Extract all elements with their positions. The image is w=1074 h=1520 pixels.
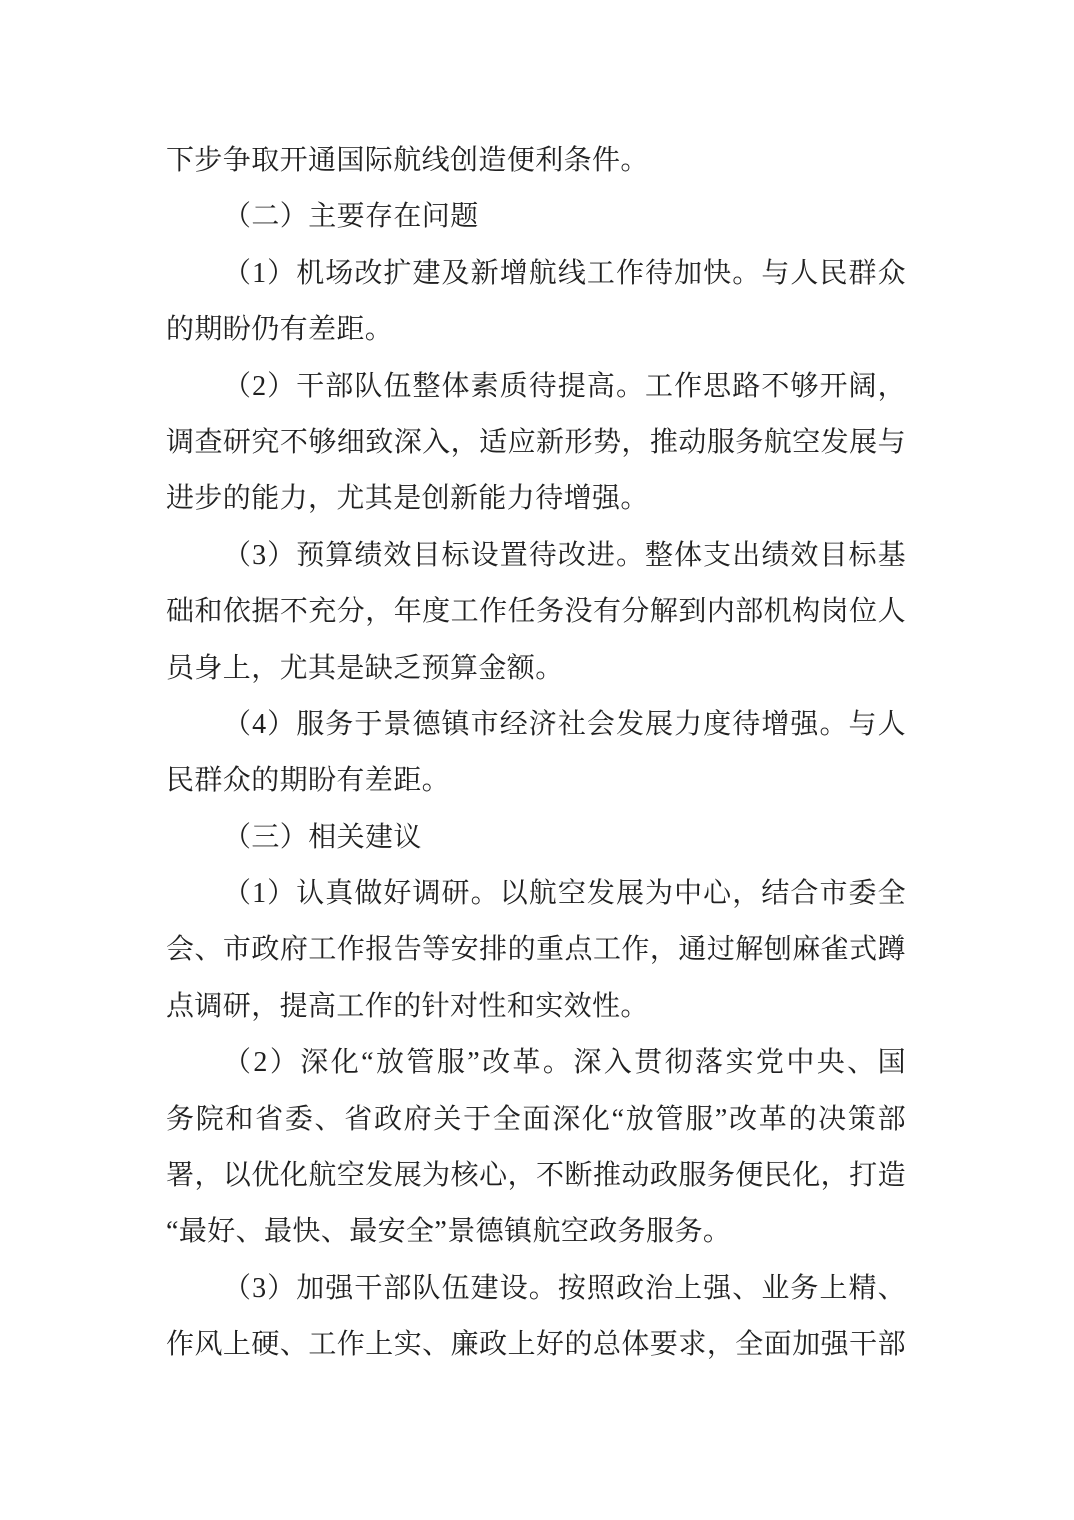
document-page: 下步争取开通国际航线创造便利条件。 （二）主要存在问题 （1）机场改扩建及新增航…	[0, 0, 1074, 1520]
text-line: （4）服务于景德镇市经济社会发展力度待增强。与人	[166, 697, 906, 753]
text-line: 员身上，尤其是缺乏预算金额。	[166, 641, 906, 697]
text-line: 务院和省委、省政府关于全面深化“放管服”改革的决策部	[166, 1092, 906, 1148]
text-line: 会、市政府工作报告等安排的重点工作，通过解刨麻雀式蹲	[166, 922, 906, 978]
text-line: 署，以优化航空发展为核心，不断推动政服务便民化，打造	[166, 1148, 906, 1204]
text-line: 民群众的期盼有差距。	[166, 753, 906, 809]
text-line: （2）干部队伍整体素质待提高。工作思路不够开阔，	[166, 359, 906, 415]
text-line: （3）加强干部队伍建设。按照政治上强、业务上精、	[166, 1261, 906, 1317]
text-line: 进步的能力，尤其是创新能力待增强。	[166, 471, 906, 527]
text-line: （3）预算绩效目标设置待改进。整体支出绩效目标基	[166, 528, 906, 584]
text-line: 作风上硬、工作上实、廉政上好的总体要求，全面加强干部	[166, 1317, 906, 1373]
text-line: （1）机场改扩建及新增航线工作待加快。与人民群众	[166, 246, 906, 302]
text-line: （二）主要存在问题	[166, 189, 906, 245]
text-line: 下步争取开通国际航线创造便利条件。	[166, 133, 906, 189]
text-line: （1）认真做好调研。以航空发展为中心，结合市委全	[166, 866, 906, 922]
text-line: 调查研究不够细致深入，适应新形势，推动服务航空发展与	[166, 415, 906, 471]
document-body: 下步争取开通国际航线创造便利条件。 （二）主要存在问题 （1）机场改扩建及新增航…	[166, 133, 906, 1374]
text-line: （三）相关建议	[166, 810, 906, 866]
text-line: 点调研，提高工作的针对性和实效性。	[166, 979, 906, 1035]
text-line: “最好、最快、最安全”景德镇航空政务服务。	[166, 1204, 906, 1260]
text-line: 的期盼仍有差距。	[166, 302, 906, 358]
text-line: （2）深化“放管服”改革。深入贯彻落实党中央、国	[166, 1035, 906, 1091]
text-line: 础和依据不充分，年度工作任务没有分解到内部机构岗位人	[166, 584, 906, 640]
